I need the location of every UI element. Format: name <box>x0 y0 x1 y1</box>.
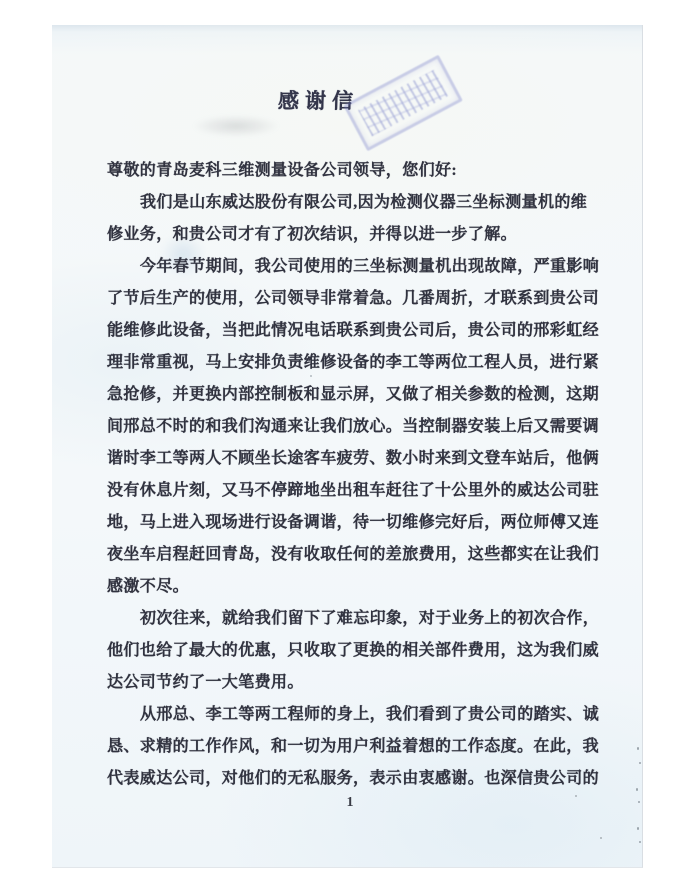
scan-speck <box>636 788 638 791</box>
scan-speck <box>637 747 639 750</box>
letter-line: 感激不尽。 <box>107 571 607 603</box>
letter-line: 尊敬的青岛麦科三维测量设备公司领导，您们好: <box>107 155 607 187</box>
letter-line: 达公司节约了一大笔费用。 <box>107 667 607 699</box>
letter-line: 谐时李工等两人不顾坐长途客车疲劳、数小时来到文登车站后，他俩 <box>107 443 607 475</box>
letter-line: 没有休息片刻，又马不停蹄地坐出租车赶往了十公里外的威达公司驻 <box>107 475 607 507</box>
letter-line: 他们也给了最大的优惠，只收取了更换的相关部件费用，这为我们威 <box>107 635 607 667</box>
gray-smudge <box>192 115 280 137</box>
letter-line: 理非常重视，马上安排负责维修设备的李工等两位工程人员，进行紧 <box>107 347 607 379</box>
letter-line: 地，马上进入现场进行设备调谐，待一切维修完好后，两位师傅又连 <box>107 507 607 539</box>
scanned-document: 感谢信 尊敬的青岛麦科三维测量设备公司领导，您们好:我们是山东威达股份有限公司,… <box>0 0 700 880</box>
letter-line: 了节后生产的使用，公司领导非常着急。几番周折，才联系到贵公司 <box>107 283 607 315</box>
stamp-border <box>343 55 463 152</box>
letter-line: 能维修此设备，当把此情况电话联系到贵公司后，贵公司的邢彩虹经 <box>107 315 607 347</box>
page-number: 1 <box>340 795 360 811</box>
letter-line: 初次往来，就给我们留下了难忘印象，对于业务上的初次合作， <box>107 603 607 635</box>
letter-line: 代表威达公司，对他们的无私服务，表示由衷感谢。也深信贵公司的 <box>107 763 607 795</box>
letter-line: 间邢总不时的和我们沟通来让我们放心。当控制器安装上后又需要调 <box>107 411 607 443</box>
letter-line: 修业务，和贵公司才有了初次结识，并得以进一步了解。 <box>107 219 607 251</box>
letter-line: 急抢修，并更换内部控制板和显示屏，又做了相关参数的检测，这期 <box>107 379 607 411</box>
letter-line: 从邢总、李工等两工程师的身上，我们看到了贵公司的踏实、诚 <box>107 699 607 731</box>
scan-speck <box>310 375 312 377</box>
scan-speck <box>638 801 640 803</box>
document-page: 感谢信 尊敬的青岛麦科三维测量设备公司领导，您们好:我们是山东威达股份有限公司,… <box>52 25 643 868</box>
stamp-illegible-text <box>358 70 448 137</box>
letter-line: 恳、求精的工作作风，和一切为用户利益着想的工作态度。在此，我 <box>107 731 607 763</box>
ink-stamp-icon <box>335 51 465 151</box>
letter-body: 尊敬的青岛麦科三维测量设备公司领导，您们好:我们是山东威达股份有限公司,因为检测… <box>107 155 607 795</box>
scan-speck <box>637 827 639 830</box>
letter-line: 夜坐车启程赶回青岛，没有收取任何的差旅费用，这些都实在让我们 <box>107 539 607 571</box>
scan-speck <box>639 762 641 764</box>
letter-line: 我们是山东威达股份有限公司,因为检测仪器三坐标测量机的维 <box>107 187 607 219</box>
scan-speck <box>639 841 641 843</box>
letter-line: 今年春节期间，我公司使用的三坐标测量机出现故障，严重影响 <box>107 251 607 283</box>
scan-speck <box>575 795 577 797</box>
scan-speck <box>600 837 602 839</box>
